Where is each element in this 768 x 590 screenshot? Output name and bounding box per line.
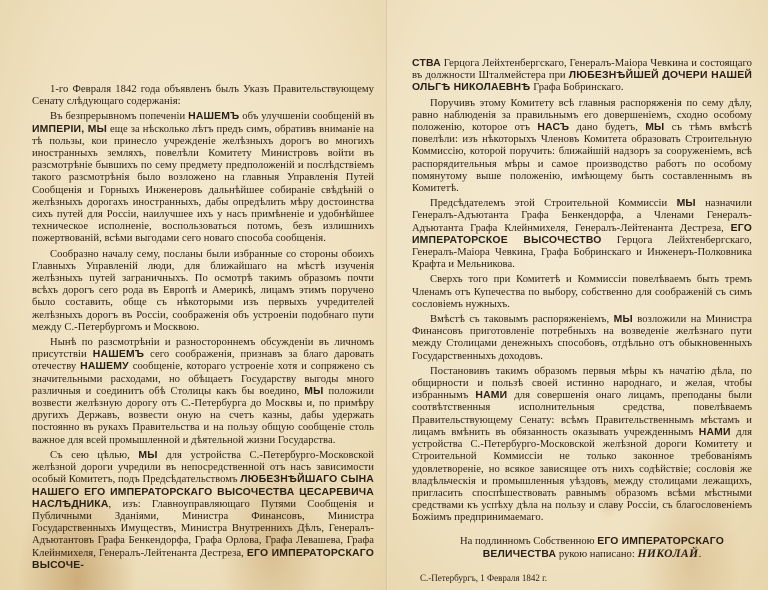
paragraph-commission: Поручивъ этому Комитету всѣ главныя расп… bbox=[412, 98, 752, 196]
signature-line-1: На подлинномъ Собственною ЕГО ИМПЕРАТОРС… bbox=[432, 535, 752, 548]
paragraph-decision: Нынѣ по разсмотрѣніи и разностороннемъ о… bbox=[32, 337, 374, 447]
paragraph-finance: Вмѣстѣ съ таковымъ распоряженіемъ, МЫ во… bbox=[412, 314, 752, 363]
place-date: С.-Петербургъ, 1 Февраля 1842 г. bbox=[412, 573, 752, 583]
paragraph-chairman: Предсѣдателемъ этой Строительной Коммисс… bbox=[412, 198, 752, 271]
paragraph-committee: Съ сею цѣлью, МЫ для устройства С.-Петер… bbox=[32, 450, 374, 572]
signature-line-2: ВЕЛИЧЕСТВА рукою написано: НИКОЛАЙ. bbox=[432, 548, 752, 561]
document-spread: 1-го Февраля 1842 года объявленъ былъ Ук… bbox=[0, 0, 768, 590]
paragraph-delegation: Сообразно началу сему, посланы были избр… bbox=[32, 249, 374, 334]
paragraph-merchants: Сверхъ того при Комитетѣ и Коммиссіи пов… bbox=[412, 274, 752, 311]
paragraph-railway-study: Въ безпрерывномъ попеченіи НАШЕМЪ объ ул… bbox=[32, 111, 374, 245]
left-page: 1-го Февраля 1842 года объявленъ былъ Ук… bbox=[0, 0, 388, 590]
signature-name: НИКОЛАЙ bbox=[637, 548, 698, 560]
intro-paragraph: 1-го Февраля 1842 года объявленъ былъ Ук… bbox=[32, 84, 374, 108]
signature-block: На подлинномъ Собственною ЕГО ИМПЕРАТОРС… bbox=[412, 535, 752, 561]
right-page: СТВА Герцога Лейхтенбергскаго, Генералъ-… bbox=[388, 0, 768, 590]
paragraph-committee-cont: СТВА Герцога Лейхтенбергскаго, Генералъ-… bbox=[412, 58, 752, 95]
paragraph-senate-order: Постановивъ такимъ образомъ первыя мѣры … bbox=[412, 366, 752, 525]
